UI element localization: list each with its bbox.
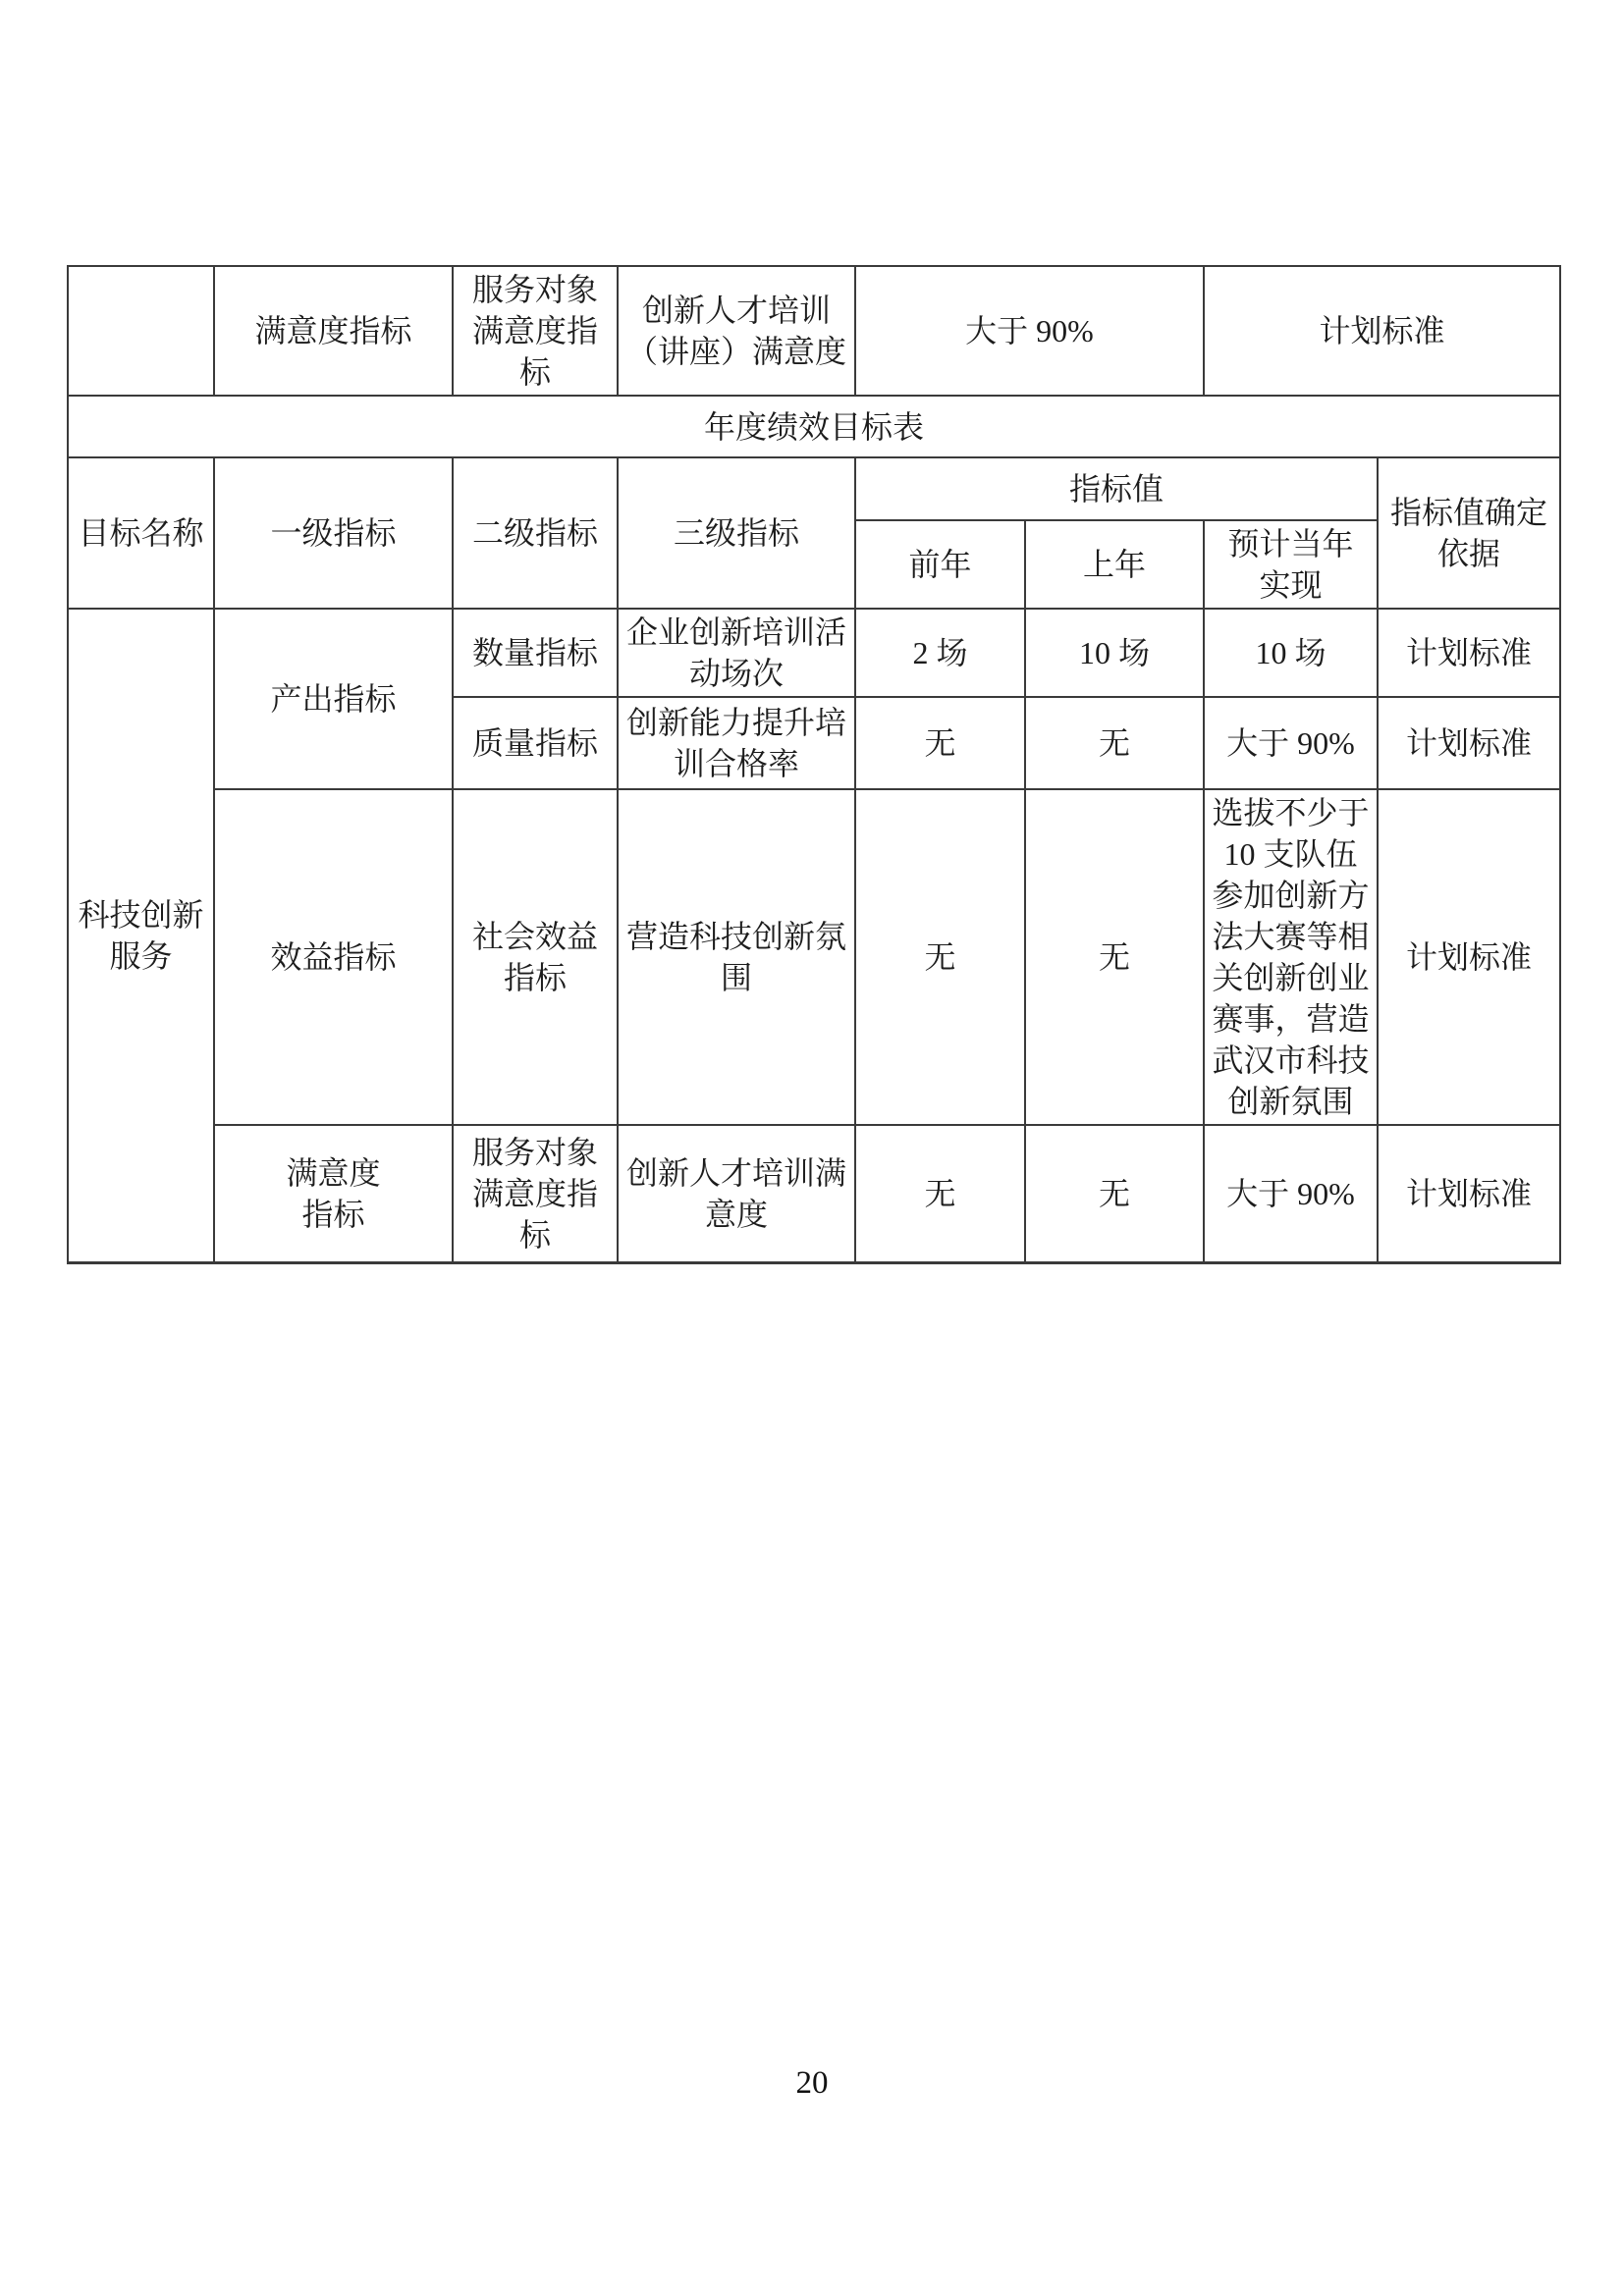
- cont-level2-cell: 服务对象 满意度指 标: [453, 266, 618, 396]
- cell-level1-satisfaction: 满意度 指标: [214, 1125, 453, 1262]
- col-header-goal-name: 目标名称: [68, 457, 214, 609]
- cell-quality-prev-year1: 无: [1025, 697, 1204, 789]
- continuation-row: 满意度指标 服务对象 满意度指 标 创新人才培训 （讲座）满意度 大于 90% …: [68, 266, 1560, 396]
- cell-quality-basis: 计划标准: [1378, 697, 1560, 789]
- cont-basis-cell: 计划标准: [1204, 266, 1560, 396]
- table-title-row: 年度绩效目标表: [68, 396, 1560, 457]
- cont-empty-cell: [68, 266, 214, 396]
- cell-level3-quantity: 企业创新培训活 动场次: [618, 609, 855, 697]
- annual-performance-target-table: 满意度指标 服务对象 满意度指 标 创新人才培训 （讲座）满意度 大于 90% …: [67, 265, 1561, 1264]
- cell-benefit-current: 选拔不少于 10 支队伍 参加创新方 法大赛等相 关创新创业 赛事，营造 武汉市…: [1204, 789, 1378, 1125]
- document-page: 满意度指标 服务对象 满意度指 标 创新人才培训 （讲座）满意度 大于 90% …: [0, 0, 1624, 2296]
- cell-level3-benefit: 营造科技创新氛 围: [618, 789, 855, 1125]
- cell-goal-name: 科技创新 服务: [68, 609, 214, 1262]
- col-header-prev-year1: 上年: [1025, 520, 1204, 609]
- cont-level1-cell: 满意度指标: [214, 266, 453, 396]
- cell-level2-social-benefit: 社会效益 指标: [453, 789, 618, 1125]
- cell-quality-prev-year2: 无: [855, 697, 1025, 789]
- col-header-level2: 二级指标: [453, 457, 618, 609]
- cell-benefit-prev-year2: 无: [855, 789, 1025, 1125]
- cont-value-cell: 大于 90%: [855, 266, 1204, 396]
- cell-benefit-basis: 计划标准: [1378, 789, 1560, 1125]
- cell-level2-satisfaction: 服务对象 满意度指 标: [453, 1125, 618, 1262]
- cell-level2-quantity: 数量指标: [453, 609, 618, 697]
- cell-benefit-prev-year1: 无: [1025, 789, 1204, 1125]
- data-row-quantity: 科技创新 服务 产出指标 数量指标 企业创新培训活 动场次 2 场 10 场 1…: [68, 609, 1560, 697]
- cell-level1-benefit: 效益指标: [214, 789, 453, 1125]
- col-header-current-expected: 预计当年 实现: [1204, 520, 1378, 609]
- cont-level3-cell: 创新人才培训 （讲座）满意度: [618, 266, 855, 396]
- cell-satisfaction-prev-year2: 无: [855, 1125, 1025, 1262]
- table-title: 年度绩效目标表: [68, 396, 1560, 457]
- cell-quantity-current: 10 场: [1204, 609, 1378, 697]
- cell-level3-quality: 创新能力提升培 训合格率: [618, 697, 855, 789]
- cell-quantity-prev-year1: 10 场: [1025, 609, 1204, 697]
- col-header-prev-year2: 前年: [855, 520, 1025, 609]
- cell-satisfaction-basis: 计划标准: [1378, 1125, 1560, 1262]
- data-row-benefit: 效益指标 社会效益 指标 营造科技创新氛 围 无 无 选拔不少于 10 支队伍 …: [68, 789, 1560, 1125]
- cell-quantity-basis: 计划标准: [1378, 609, 1560, 697]
- cell-level1-output: 产出指标: [214, 609, 453, 789]
- cell-satisfaction-prev-year1: 无: [1025, 1125, 1204, 1262]
- cell-satisfaction-current: 大于 90%: [1204, 1125, 1378, 1262]
- cell-quantity-prev-year2: 2 场: [855, 609, 1025, 697]
- col-header-basis: 指标值确定 依据: [1378, 457, 1560, 609]
- page-number: 20: [0, 2063, 1624, 2103]
- cell-quality-current: 大于 90%: [1204, 697, 1378, 789]
- cell-level2-quality: 质量指标: [453, 697, 618, 789]
- col-header-indicator-value: 指标值: [855, 457, 1378, 520]
- header-row-1: 目标名称 一级指标 二级指标 三级指标 指标值 指标值确定 依据: [68, 457, 1560, 520]
- cell-level3-satisfaction: 创新人才培训满 意度: [618, 1125, 855, 1262]
- col-header-level1: 一级指标: [214, 457, 453, 609]
- col-header-level3: 三级指标: [618, 457, 855, 609]
- data-row-satisfaction: 满意度 指标 服务对象 满意度指 标 创新人才培训满 意度 无 无 大于 90%…: [68, 1125, 1560, 1262]
